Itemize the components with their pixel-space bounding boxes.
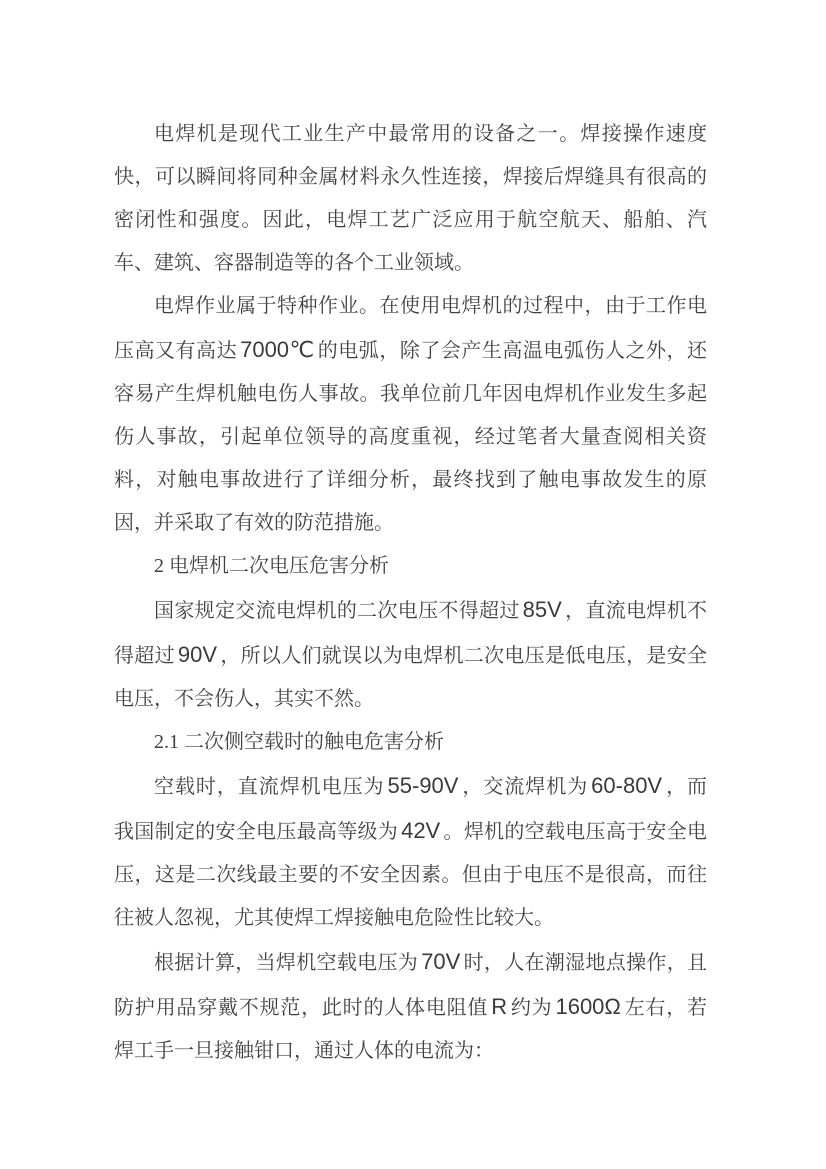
section-heading-2: 2 电焊机二次电压危害分析 xyxy=(114,545,707,588)
latin-run: 85V xyxy=(523,597,562,622)
latin-run: 60-80V xyxy=(591,773,662,798)
latin-run: 42V xyxy=(401,818,440,843)
latin-run: 55-90V xyxy=(388,773,459,798)
latin-run: 1600Ω xyxy=(555,994,620,1019)
paragraph-voltage-regulation: 国家规定交流电焊机的二次电压不得超过85V，直流电焊机不得超过90V，所以人们就… xyxy=(114,588,707,721)
latin-run: 7000℃ xyxy=(240,337,315,362)
paragraph-special-operation: 电焊作业属于特种作业。在使用电焊机的过程中，由于工作电压高又有高达7000℃的电… xyxy=(114,285,707,545)
document-page: { "page": { "background": "#ffffff", "te… xyxy=(0,0,826,1169)
latin-run: R xyxy=(491,994,507,1019)
paragraph-noload-voltage: 空载时，直流焊机电压为55-90V，交流焊机为60-80V，而我国制定的安全电压… xyxy=(114,764,707,940)
paragraph-current-calculation: 根据计算，当焊机空载电压为70V时，人在潮湿地点操作，且防护用品穿戴不规范，此时… xyxy=(114,940,707,1073)
latin-run: 70V xyxy=(421,949,460,974)
section-heading-2-1: 2.1 二次侧空载时的触电危害分析 xyxy=(114,721,707,764)
paragraph-welder-intro: 电焊机是现代工业生产中最常用的设备之一。焊接操作速度快，可以瞬间将同种金属材料永… xyxy=(114,113,707,285)
latin-run: 90V xyxy=(178,642,217,667)
document-body: 电焊机是现代工业生产中最常用的设备之一。焊接操作速度快，可以瞬间将同种金属材料永… xyxy=(114,113,707,1073)
